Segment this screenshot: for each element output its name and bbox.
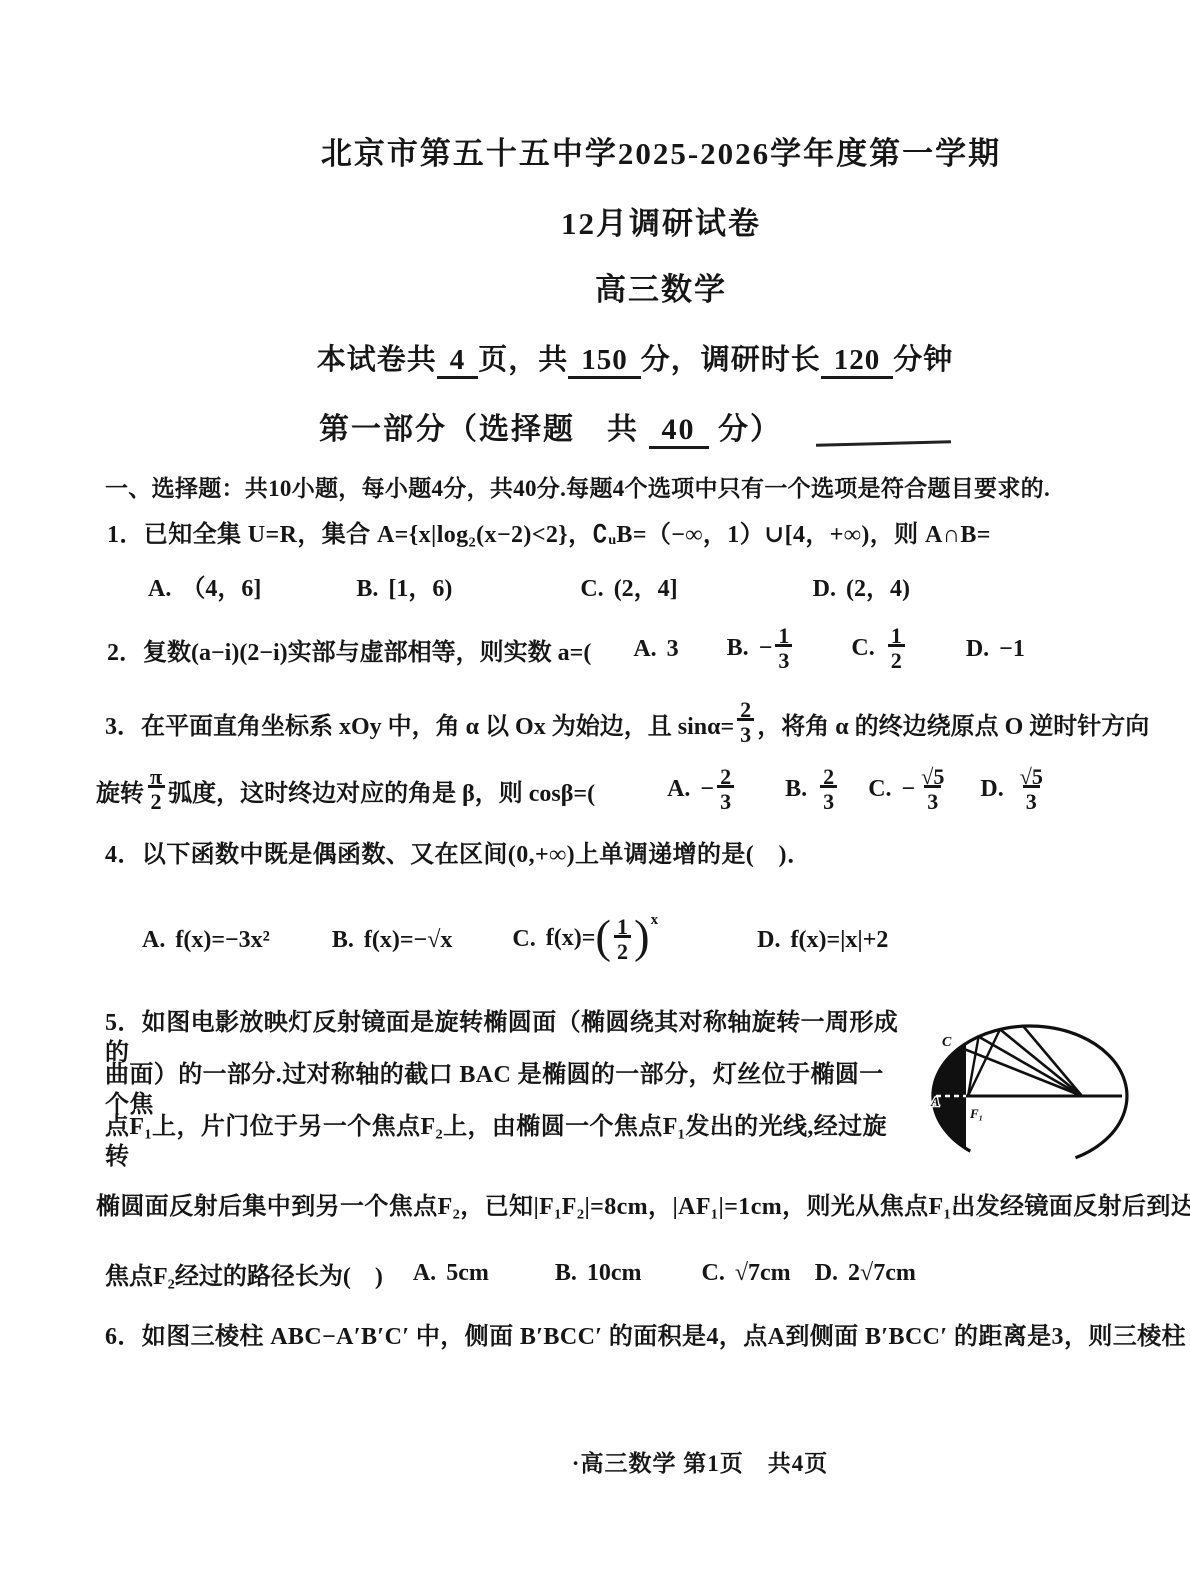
option-label: B. bbox=[332, 927, 354, 953]
exam-title-line2: 12月调研试卷 bbox=[0, 198, 1190, 243]
figure-label-f1: F₁ bbox=[969, 1106, 983, 1121]
option-value: 2√7cm bbox=[848, 1260, 916, 1286]
option-label: B. bbox=[727, 635, 749, 661]
option-label: A. bbox=[413, 1260, 436, 1286]
question-6-stem: 6．如图三棱柱 ABC−A′B′C′ 中，侧面 B′BCC′ 的面积是4，点A到… bbox=[105, 1322, 1190, 1352]
exam-subject-title: 高三数学 bbox=[0, 264, 1190, 309]
fraction: 23 bbox=[717, 766, 734, 813]
option-label: D. bbox=[966, 636, 989, 662]
info-text: 分钟 bbox=[893, 344, 953, 376]
option-value: f(x)=−3x² bbox=[175, 927, 270, 953]
option-label: D. bbox=[813, 576, 836, 602]
question-3-line2: 旋转 π2 弧度，这时终边对应的角是 β，则 cosβ=( A.−23 B.23… bbox=[96, 758, 1049, 822]
option-value: −1 bbox=[999, 636, 1025, 662]
option-value: (2，4) bbox=[846, 576, 910, 602]
option-value: （4，6] bbox=[181, 576, 261, 602]
q2-option-c: C.12 bbox=[851, 625, 907, 672]
q3-option-c: C.−√53 bbox=[868, 766, 950, 813]
option-label: C. bbox=[702, 1260, 725, 1286]
option-value: 3 bbox=[667, 636, 679, 662]
q4-option-c: C.f(x)=(12)x bbox=[512, 916, 657, 963]
info-text: 本试卷共 bbox=[317, 344, 437, 376]
question-2-stem: 2．复数(a−i)(2−i)实部与虚部相等，则实数 a=( bbox=[107, 632, 591, 667]
fraction: 23 bbox=[737, 699, 754, 746]
option-label: C. bbox=[851, 635, 874, 661]
info-pages-value: 4 bbox=[437, 344, 479, 379]
q5-option-c: C.√7cm bbox=[702, 1260, 791, 1287]
question-4-options: A.f(x)=−3x² B.f(x)=−√x C.f(x)=(12)x D.f(… bbox=[142, 900, 888, 980]
option-label: B. bbox=[555, 1260, 577, 1286]
q4-option-d: D.f(x)=|x|+2 bbox=[757, 927, 888, 954]
q1-option-a: A.（4，6] bbox=[148, 568, 261, 603]
question-3-stem-part2: ，将角 α 的终边绕原点 O 逆时针方向 bbox=[757, 706, 1149, 741]
question-5-stem-end: 焦点F₂经过的路径长为( ) bbox=[105, 1256, 383, 1291]
info-score-value: 150 bbox=[568, 344, 641, 379]
figure-label-a: A bbox=[930, 1094, 940, 1109]
fraction-denominator: 3 bbox=[820, 785, 837, 814]
question-5-line1: 5．如图电影放映灯反射镜面是旋转椭圆面（椭圆绕其对称轴旋转一周形成的 bbox=[105, 1008, 905, 1068]
info-minutes-value: 120 bbox=[821, 344, 894, 379]
q5-option-a: A.5cm bbox=[413, 1260, 489, 1287]
q3-option-d: D.√53 bbox=[980, 766, 1049, 813]
part1-heading: 第一部分（选择题 共 40 分） bbox=[0, 404, 1190, 448]
option-value: (2，4] bbox=[614, 576, 678, 602]
option-label: B. bbox=[785, 776, 807, 802]
q2-option-b: B.−13 bbox=[727, 625, 796, 672]
exponent: x bbox=[651, 912, 659, 928]
info-text: 页，共 bbox=[478, 344, 568, 376]
fraction-denominator: 3 bbox=[775, 644, 792, 673]
q2-option-a: A.3 bbox=[633, 636, 678, 663]
fraction-denominator: 2 bbox=[148, 785, 165, 814]
question-3-stem-part4: 弧度，这时终边对应的角是 β，则 cosβ=( bbox=[168, 773, 595, 808]
question-1-stem: 1．已知全集 U=R，集合 A={x|log₂(x−2)<2}，∁ᵤB=（−∞，… bbox=[107, 520, 991, 550]
figure-label-c: C bbox=[942, 1035, 952, 1050]
part1-heading-text: 分） bbox=[718, 413, 782, 446]
exam-title-line1: 北京市第五十五中学2025-2026学年度第一学期 bbox=[0, 128, 1190, 173]
page-footer: ·高三数学 第1页 共4页 bbox=[0, 1445, 1190, 1478]
light-ray bbox=[1000, 1029, 1082, 1096]
question-5-line4: 椭圆面反射后集中到另一个焦点F₂，已知|F₁F₂|=8cm，|AF₁|=1cm，… bbox=[96, 1192, 1176, 1222]
option-label: C. bbox=[868, 776, 891, 802]
fraction: 12 bbox=[888, 625, 905, 672]
fraction-sign: − bbox=[700, 777, 714, 803]
question-1-options: A.（4，6] B.[1，6) C.(2，4] D.(2，4) bbox=[148, 568, 910, 603]
right-paren: ) bbox=[634, 919, 650, 956]
q4-option-b: B.f(x)=−√x bbox=[332, 927, 453, 954]
fraction-denominator: 2 bbox=[614, 935, 631, 964]
option-label: A. bbox=[142, 927, 165, 953]
option-value: 10cm bbox=[587, 1260, 642, 1286]
question-3-line1: 3．在平面直角坐标系 xOy 中，角 α 以 Ox 为始边，且 sinα= 23… bbox=[105, 692, 1149, 754]
q1-option-d: D.(2，4) bbox=[813, 568, 910, 603]
left-paren: ( bbox=[595, 919, 611, 956]
fraction-denominator: 3 bbox=[924, 785, 941, 814]
q4-option-a: A.f(x)=−3x² bbox=[142, 927, 270, 954]
question-2: 2．复数(a−i)(2−i)实部与虚部相等，则实数 a=( A.3 B.−13 … bbox=[107, 618, 1025, 680]
option-value: f(x)=−√x bbox=[364, 927, 453, 953]
fraction: π2 bbox=[147, 766, 165, 813]
handwritten-line bbox=[816, 440, 951, 447]
question-4-stem: 4．以下函数中既是偶函数、又在区间(0,+∞)上单调递增的是( )． bbox=[105, 840, 811, 870]
fraction-denominator: 2 bbox=[888, 644, 905, 673]
option-label: B. bbox=[356, 576, 378, 602]
question-5-line2: 曲面）的一部分.过对称轴的截口 BAC 是椭圆的一部分，灯丝位于椭圆一个焦 bbox=[105, 1060, 905, 1120]
option-label: D. bbox=[815, 1260, 838, 1286]
option-label: D. bbox=[980, 776, 1003, 802]
fraction-sign: − bbox=[902, 777, 916, 803]
option-label: A. bbox=[148, 576, 171, 602]
q2-option-d: D.−1 bbox=[966, 636, 1025, 663]
option-value: [1，6) bbox=[388, 576, 452, 602]
option-label: A. bbox=[633, 636, 656, 662]
option-label: C. bbox=[580, 576, 603, 602]
question-5-line5: 焦点F₂经过的路径长为( ) A.5cm B.10cm C.√7cm D.2√7… bbox=[105, 1256, 916, 1291]
option-value: √7cm bbox=[735, 1260, 791, 1286]
option-label: A. bbox=[667, 776, 690, 802]
exam-page: 北京市第五十五中学2025-2026学年度第一学期 12月调研试卷 高三数学 本… bbox=[0, 0, 1190, 1586]
fraction: 13 bbox=[775, 625, 792, 672]
fraction: √53 bbox=[1017, 766, 1046, 813]
question-5-line3: 点F₁上，片门位于另一个焦点F₂上，由椭圆一个焦点F₁发出的光线,经过旋转 bbox=[105, 1112, 905, 1172]
info-text: 分，调研时长 bbox=[641, 344, 821, 376]
light-ray bbox=[979, 1037, 1082, 1096]
option-value: 5cm bbox=[446, 1260, 489, 1286]
part1-heading-text: 第一部分（选择题 共 bbox=[319, 413, 639, 446]
q5-ellipse-figure: C A F₁ bbox=[930, 1018, 1130, 1170]
fraction-denominator: 3 bbox=[737, 718, 754, 747]
option-value: f(x)= bbox=[546, 926, 596, 952]
q3-option-b: B.23 bbox=[785, 766, 840, 813]
option-label: C. bbox=[512, 926, 535, 952]
q5-option-b: B.10cm bbox=[555, 1260, 642, 1287]
option-value: f(x)=|x|+2 bbox=[790, 927, 888, 953]
part1-score-value: 40 bbox=[649, 413, 709, 449]
fraction-sign: − bbox=[759, 636, 773, 662]
q3-option-a: A.−23 bbox=[667, 766, 737, 813]
q1-option-c: C.(2，4] bbox=[580, 568, 677, 603]
question-3-stem-part1: 3．在平面直角坐标系 xOy 中，角 α 以 Ox 为始边，且 sinα= bbox=[105, 706, 734, 741]
section1-intro: 一、选择题：共10小题，每小题4分，共40分.每题4个选项中只有一个选项是符合题… bbox=[105, 470, 1050, 503]
fraction-denominator: 3 bbox=[1023, 785, 1040, 814]
fraction: √53 bbox=[918, 766, 947, 813]
question-3-stem-part3: 旋转 bbox=[96, 773, 144, 808]
exam-info: 本试卷共4页，共150分，调研时长120分钟 bbox=[0, 337, 1190, 378]
fraction: 23 bbox=[820, 766, 837, 813]
q1-option-b: B.[1，6) bbox=[356, 568, 452, 603]
fraction: 12 bbox=[614, 916, 631, 963]
option-label: D. bbox=[757, 927, 780, 953]
fraction-denominator: 3 bbox=[717, 785, 734, 814]
q5-option-d: D.2√7cm bbox=[815, 1260, 916, 1287]
